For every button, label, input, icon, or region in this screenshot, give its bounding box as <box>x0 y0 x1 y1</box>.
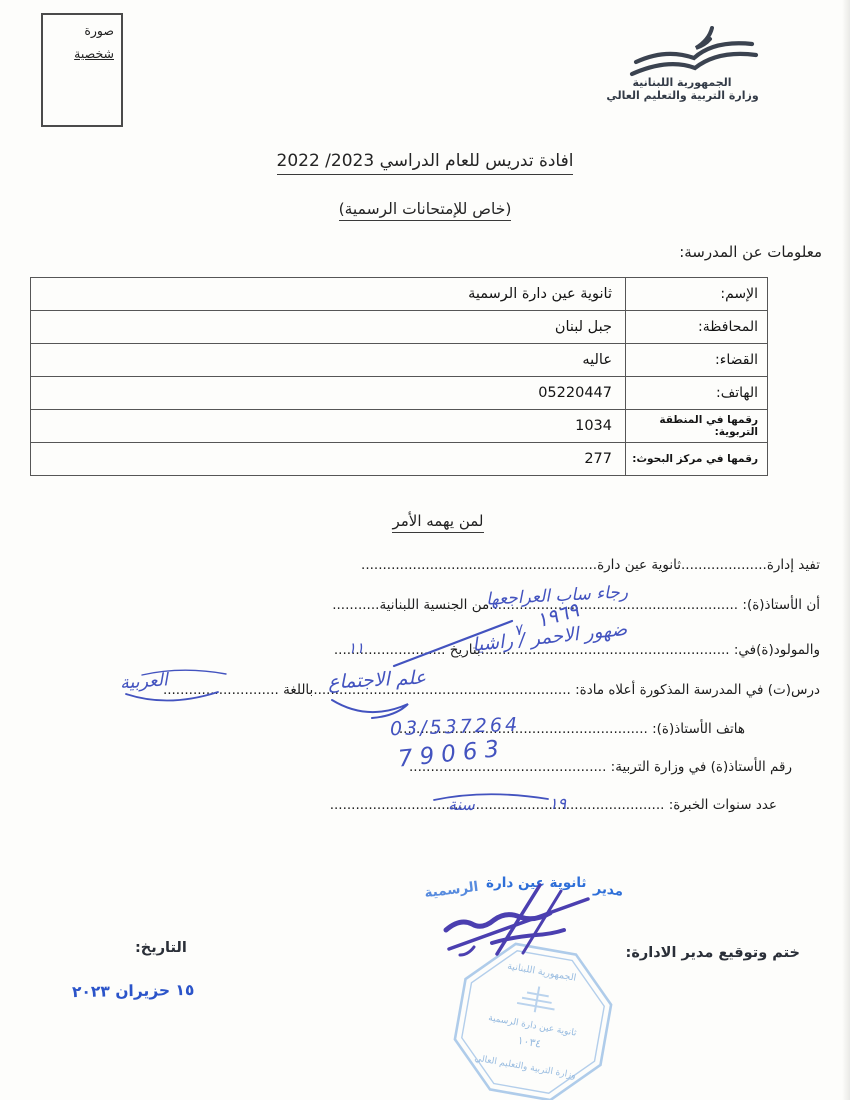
region-number-label: رقمها في المنطقة التربوية: <box>626 410 768 443</box>
handwritten-birth-day: ١١ <box>348 639 364 657</box>
research-number-value: 277 <box>31 443 626 476</box>
photo-box-label-line2: شخصية <box>50 43 114 66</box>
school-info-heading: معلومات عن المدرسة: <box>679 243 822 261</box>
table-row: القضاء: عاليه <box>31 344 768 377</box>
octagon-stamp-number: ١٠٣٤ <box>517 1034 543 1051</box>
phone-value: 05220447 <box>31 377 626 410</box>
to-whom-it-may-concern-heading: لمن يهمه الأمر <box>26 511 850 530</box>
phone-label: الهاتف: <box>626 377 768 410</box>
school-name-value: ثانوية عين دارة الرسمية <box>31 278 626 311</box>
ministry-logo-icon <box>608 24 788 80</box>
octagon-stamp-school-text: ثانوية عين دارة الرسمية <box>487 1013 577 1038</box>
governorate-value: جبل لبنان <box>31 311 626 344</box>
director-stamp-text: مدير ثانوية عين دارة الرسمية <box>420 879 628 895</box>
handwritten-language: العربية <box>119 670 168 693</box>
district-value: عاليه <box>31 344 626 377</box>
school-name-label: الإسم: <box>626 278 768 311</box>
director-stamp-word2: ثانوية عين دارة <box>486 875 587 891</box>
ministry-name-line2: وزارة التربية والتعليم العالي <box>580 89 785 102</box>
document-title: افادة تدريس للعام الدراسي 2023/ 2022 <box>0 151 850 171</box>
governorate-label: المحافظة: <box>626 311 768 344</box>
research-number-label: رقمها في مركز البحوث: <box>626 443 768 476</box>
octagon-stamp-top-text: الجمهورية اللبنانية <box>506 961 577 984</box>
form-line-school-statement: تفيد إدارة....................ثانوية عين… <box>361 557 820 573</box>
photo-box-label-line1: صورة <box>50 20 114 43</box>
octagon-stamp-bottom-text: وزارة التربية والتعليم العالي <box>474 1053 577 1081</box>
typed-school-name: ثانوية عين دارة <box>597 557 681 573</box>
director-stamp-word3: الرسمية <box>424 879 480 901</box>
form-line-subject-language: درس(ت) في المدرسة المذكورة أعلاه مادة: .… <box>163 682 820 698</box>
ministry-name-line1: الجمهورية اللبنانية <box>592 76 772 89</box>
district-label: القضاء: <box>626 344 768 377</box>
octagon-stamp: الجمهورية اللبنانية ثانوية عين دارة الرس… <box>447 936 618 1100</box>
date-label: التاريخ: <box>135 940 187 956</box>
scanned-document-page: { "photo_box": { "line1": "صورة", "line2… <box>0 0 850 1100</box>
date-stamp-value: ١٥ حزيران ٢٠٢٣ <box>72 981 195 1001</box>
cedar-icon <box>516 983 558 1015</box>
handwritten-experience-years: ١٩ <box>549 794 566 813</box>
director-stamp-word1: مدير <box>593 880 624 899</box>
table-row: الهاتف: 05220447 <box>31 377 768 410</box>
stamp-signature-label: ختم وتوقيع مدير الادارة: <box>626 945 800 961</box>
document-subtitle: (خاص للإمتحانات الرسمية) <box>0 199 850 218</box>
school-info-table: الإسم: ثانوية عين دارة الرسمية المحافظة:… <box>30 277 768 476</box>
table-row: رقمها في مركز البحوث: 277 <box>31 443 768 476</box>
table-row: المحافظة: جبل لبنان <box>31 311 768 344</box>
handwritten-experience-word: سنة <box>448 795 475 814</box>
table-row: رقمها في المنطقة التربوية: 1034 <box>31 410 768 443</box>
table-row: الإسم: ثانوية عين دارة الرسمية <box>31 278 768 311</box>
region-number-value: 1034 <box>31 410 626 443</box>
photo-placeholder-box: صورة شخصية <box>41 13 123 127</box>
